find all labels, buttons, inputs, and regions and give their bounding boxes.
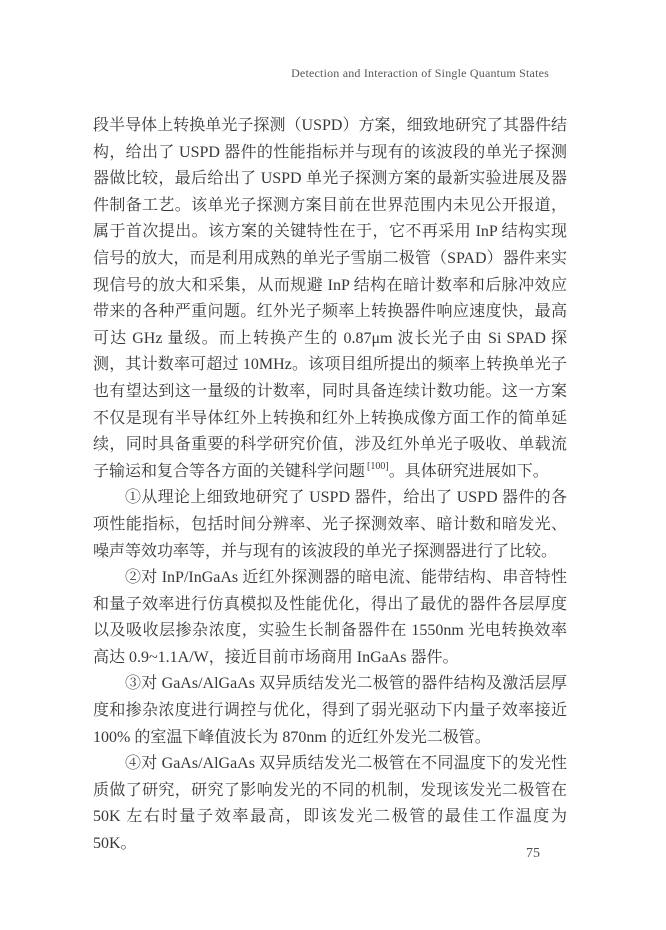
paragraph: 段半导体上转换单光子探测（USPD）方案，细致地研究了其器件结构，给出了 USP… (93, 113, 567, 485)
paragraph-text: 段半导体上转换单光子探测（USPD）方案，细致地研究了其器件结构，给出了 USP… (93, 117, 567, 480)
body-text-block: 段半导体上转换单光子探测（USPD）方案，细致地研究了其器件结构，给出了 USP… (93, 113, 567, 858)
paragraph: ③对 GaAs/AlGaAs 双异质结发光二极管的器件结构及激活层厚度和掺杂浓度… (93, 671, 567, 751)
page-number: 75 (515, 846, 551, 862)
paragraph: ④对 GaAs/AlGaAs 双异质结发光二极管在不同温度下的发光性质做了研究，… (93, 751, 567, 857)
paragraph-text: 。具体研究进展如下。 (389, 463, 549, 480)
citation-ref: [100] (367, 461, 389, 472)
running-header: Detection and Interaction of Single Quan… (93, 66, 567, 81)
document-page: Detection and Interaction of Single Quan… (0, 0, 666, 930)
paragraph: ①从理论上细致地研究了 USPD 器件，给出了 USPD 器件的各项性能指标，包… (93, 485, 567, 565)
paragraph: ②对 InP/InGaAs 近红外探测器的暗电流、能带结构、串音特性和量子效率进… (93, 565, 567, 671)
